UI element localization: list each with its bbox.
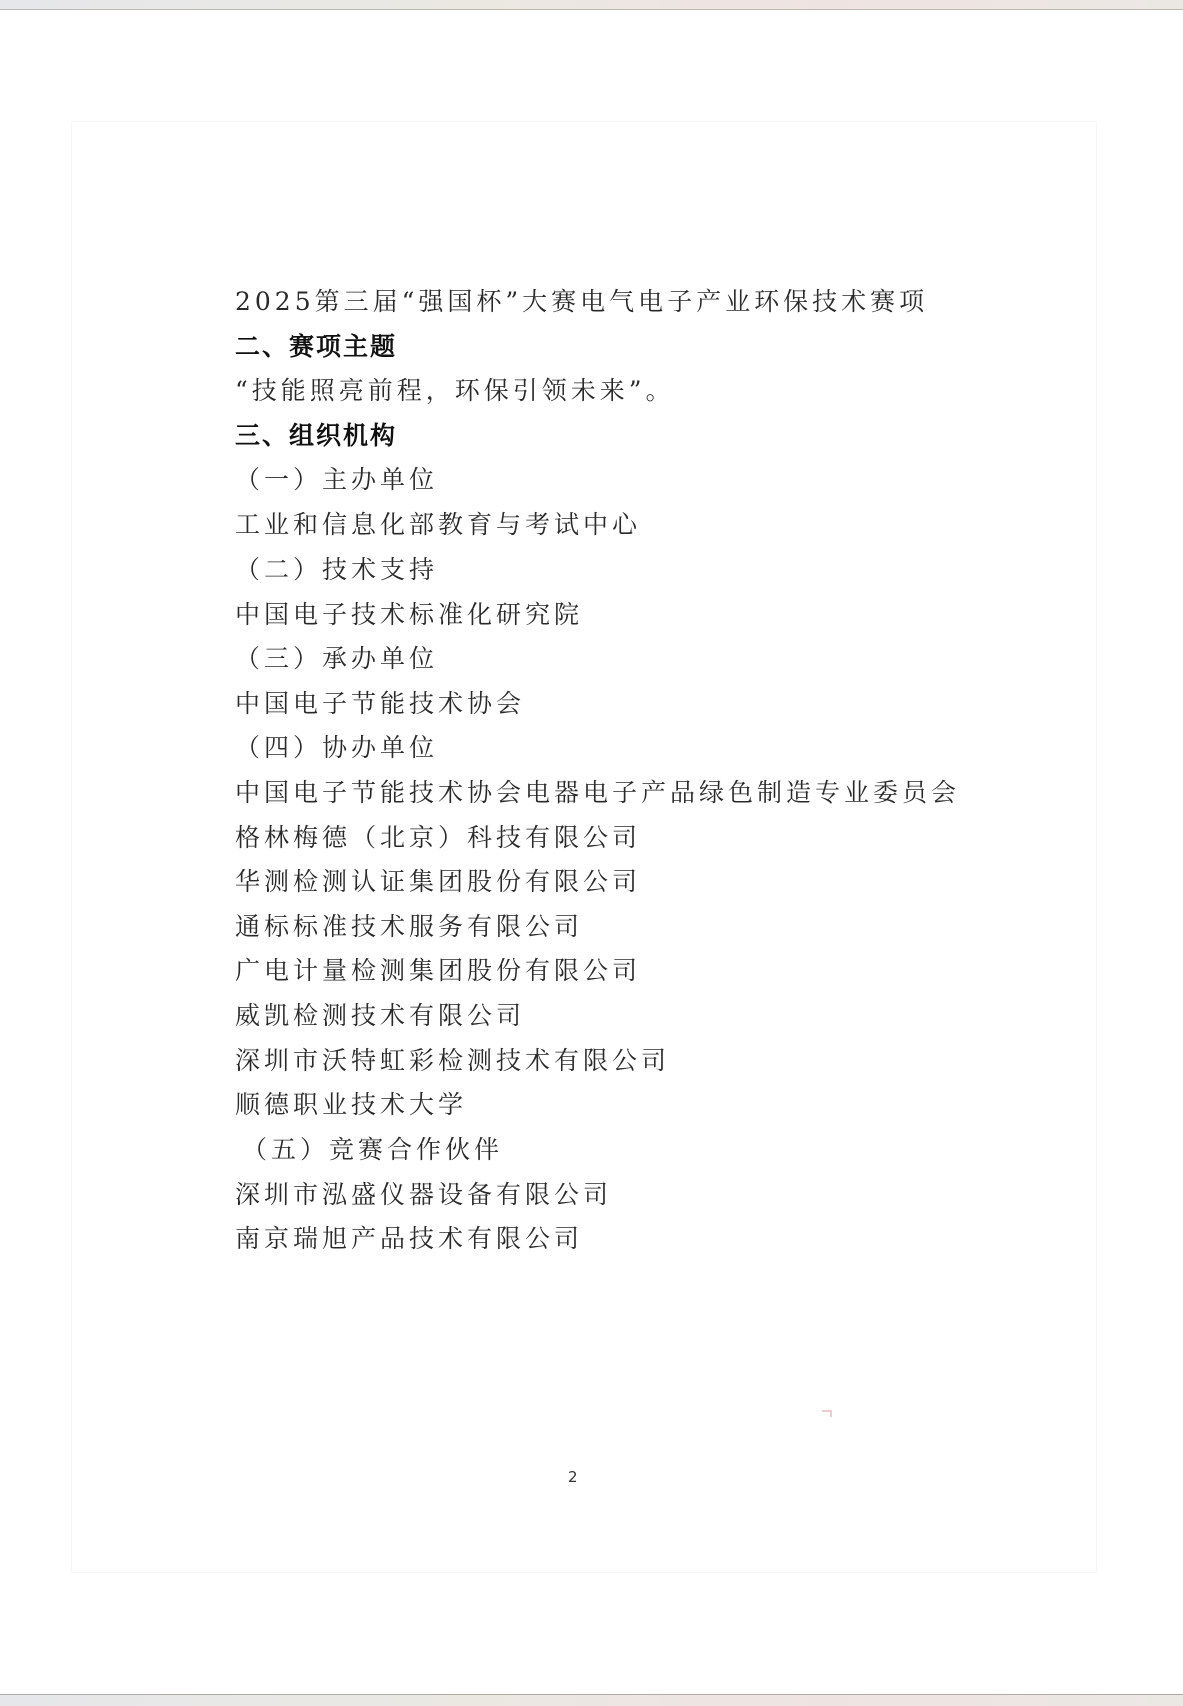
theme-slogan: “技能照亮前程，环保引领未来”。 — [235, 376, 675, 406]
subsection-label-host: （一）主办单位 — [235, 465, 438, 495]
co-organizer-item: 顺德职业技术大学 — [235, 1090, 467, 1120]
section-heading-organization: 三、组织机构 — [235, 421, 397, 451]
viewer-bottom-edge — [0, 1694, 1183, 1706]
document-page: 2025第三届“强国杯”大赛电气电子产业环保技术赛项 二、赛项主题 “技能照亮前… — [0, 10, 1183, 1694]
subsection-label-tech-support: （二）技术支持 — [235, 555, 438, 585]
co-organizer-item: 中国电子节能技术协会电器电子产品绿色制造专业委员会 — [235, 778, 960, 808]
subsection-label-co-organizers: （四）协办单位 — [235, 733, 438, 763]
subsection-label-partners: （五）竞赛合作伙伴 — [242, 1135, 503, 1165]
co-organizer-item: 深圳市沃特虹彩检测技术有限公司 — [235, 1046, 670, 1076]
page-number: 2 — [568, 1468, 578, 1486]
event-title: 2025第三届“强国杯”大赛电气电子产业环保技术赛项 — [235, 287, 928, 317]
section-heading-theme: 二、赛项主题 — [235, 332, 397, 362]
co-organizer-item: 通标标准技术服务有限公司 — [235, 912, 583, 942]
subsection-label-organizer: （三）承办单位 — [235, 644, 438, 674]
co-organizer-item: 威凯检测技术有限公司 — [235, 1001, 525, 1031]
stamp-mark-fragment — [822, 1410, 832, 1417]
partner-item: 深圳市泓盛仪器设备有限公司 — [235, 1180, 612, 1210]
organizer-unit: 中国电子节能技术协会 — [235, 689, 525, 719]
tech-support-unit: 中国电子技术标准化研究院 — [235, 600, 583, 630]
partner-item: 南京瑞旭产品技术有限公司 — [235, 1224, 583, 1254]
co-organizer-item: 华测检测认证集团股份有限公司 — [235, 867, 641, 897]
viewer-top-edge — [0, 0, 1183, 10]
host-unit: 工业和信息化部教育与考试中心 — [235, 510, 641, 540]
co-organizer-item: 广电计量检测集团股份有限公司 — [235, 956, 641, 986]
co-organizer-item: 格林梅德（北京）科技有限公司 — [235, 823, 641, 853]
